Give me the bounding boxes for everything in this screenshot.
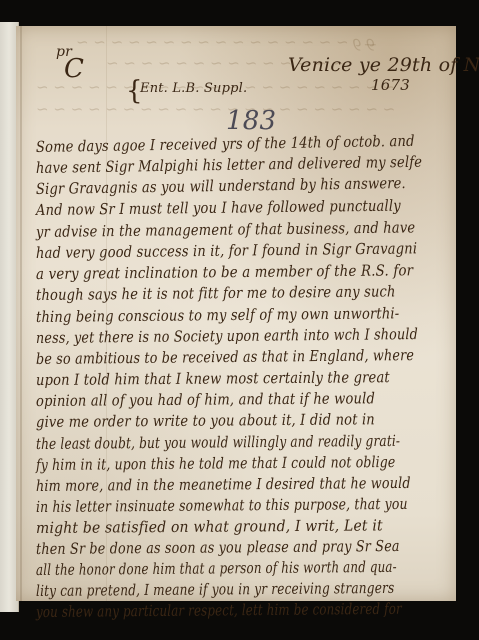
- letter-line: lity can pretend, I meane if you in yr r…: [36, 579, 394, 600]
- letter-line: thing being conscious to my self of my o…: [36, 304, 399, 326]
- folio-number: 183: [226, 106, 276, 136]
- letter-line: the least doubt, but you would willingly…: [36, 432, 400, 453]
- letter-line: opinion all of you had of him, and that …: [36, 389, 375, 410]
- letter-line: a very great inclination to be a member …: [36, 261, 413, 283]
- bleed-through-text: ꝯ̶ ꝯ ~ ~ ~ ~ ~ ~ ~ ~ ~ ~ ~ ~ ~ ~ ~ ~: [76, 32, 376, 52]
- letter-line: all the honor done him that a person of …: [36, 558, 397, 579]
- corner-mark: C: [64, 54, 84, 84]
- letter-line: And now Sr I must tell you I have follow…: [36, 197, 401, 219]
- bleed-through-text: ~ ~ ~ ~ ~ ~ ~ ~ ~ ~ ~ ~ ~ ~ ~ ~ ~ ~ ~ ~ …: [36, 100, 395, 118]
- letter-line: have sent Sigr Malpighi his letter and d…: [36, 153, 422, 177]
- entry-note: Ent. L.B. Suppl.: [140, 81, 247, 96]
- letter-line: ness, yet there is no Society upon earth…: [36, 325, 418, 347]
- letter-line: might be satisfied on what ground, I wri…: [36, 516, 383, 537]
- letter-line: in his letter insinuate somewhat to this…: [36, 495, 408, 516]
- letter-line: had very good success in it, for I found…: [36, 239, 417, 262]
- letter-page: ꝯ̶ ꝯ ~ ~ ~ ~ ~ ~ ~ ~ ~ ~ ~ ~ ~ ~ ~ ~ ~ ~…: [16, 26, 456, 601]
- letter-line: though says he it is not fitt for me to …: [36, 282, 396, 304]
- letter-line: Some days agoe I received yrs of the 14t…: [36, 132, 415, 156]
- letter-line: you shew any particular respect, lett hi…: [36, 600, 402, 621]
- letter-line: Sigr Gravagnis as you will understand by…: [36, 174, 406, 198]
- year: 1673: [371, 76, 410, 94]
- letter-line: yr advise in the management of that busi…: [36, 218, 415, 241]
- place-and-date: Venice ye 29th of Novr: [288, 54, 479, 76]
- letter-line: then Sr be done as soon as you please an…: [36, 537, 400, 558]
- letter-line: upon I told him that I knew most certain…: [36, 368, 390, 389]
- letter-line: him more, and in the meanetime I desired…: [36, 474, 411, 495]
- letter-line: be so ambitious to be received as that i…: [36, 346, 414, 368]
- document-scan: ꝯ̶ ꝯ ~ ~ ~ ~ ~ ~ ~ ~ ~ ~ ~ ~ ~ ~ ~ ~ ~ ~…: [0, 0, 479, 640]
- letter-line: give me order to write to you about it, …: [36, 410, 375, 431]
- letter-line: fy him in it, upon this he told me that …: [36, 453, 396, 474]
